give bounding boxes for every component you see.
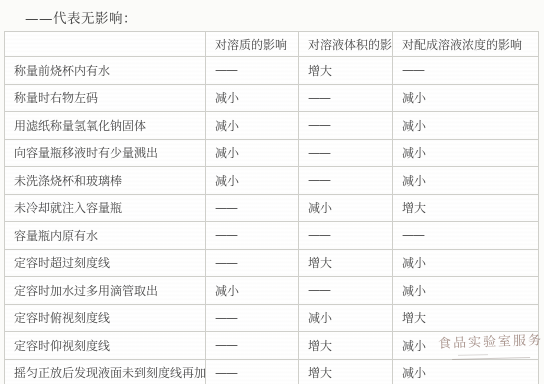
table-row: 摇匀正放后发现液面未到刻度线再加水——增大减小 (5, 359, 539, 384)
effect-value-solute: 减小 (206, 112, 299, 140)
table-row: 定容时俯视刻度线——减小增大 (5, 304, 539, 332)
effect-value-concentration: —— (393, 222, 539, 250)
effect-value-concentration: —— (393, 57, 539, 85)
column-header-volume: 对溶液体积的影响 (299, 32, 393, 57)
table-row: 定容时超过刻度线——增大减小 (5, 249, 539, 277)
header-row: 对溶质的影响 对溶液体积的影响 对配成溶液浓度的影响 (5, 32, 539, 57)
table-row: 称量时右物左码减小——减小 (5, 84, 539, 112)
table-row: 向容量瓶移液时有少量溅出减小——减小 (5, 139, 539, 167)
effect-value-volume: 减小 (299, 194, 393, 222)
effect-value-solute: —— (206, 304, 299, 332)
table-row: 用滤纸称量氢氧化钠固体减小——减小 (5, 112, 539, 140)
effect-value-volume: 减小 (299, 304, 393, 332)
effect-value-concentration: 增大 (393, 194, 539, 222)
effect-value-solute: 减小 (206, 139, 299, 167)
effect-value-solute: —— (206, 359, 299, 384)
effect-value-volume: —— (299, 167, 393, 195)
effect-value-volume: —— (299, 277, 393, 305)
effect-value-concentration: 减小 (393, 249, 539, 277)
effect-value-solute: 减小 (206, 84, 299, 112)
effect-value-volume: 增大 (299, 359, 393, 384)
row-label: 向容量瓶移液时有少量溅出 (5, 139, 206, 167)
effect-value-solute: —— (206, 57, 299, 85)
row-label: 称量前烧杯内有水 (5, 57, 206, 85)
row-label: 称量时右物左码 (5, 84, 206, 112)
effect-value-concentration: 减小 (393, 84, 539, 112)
row-label: 容量瓶内原有水 (5, 222, 206, 250)
effect-value-solute: 减小 (206, 277, 299, 305)
effect-value-concentration: 减小 (393, 277, 539, 305)
effect-value-volume: 增大 (299, 57, 393, 85)
effect-value-volume: —— (299, 222, 393, 250)
effect-value-solute: —— (206, 332, 299, 360)
effect-value-volume: —— (299, 84, 393, 112)
table-row: 定容时加水过多用滴管取出减小——减小 (5, 277, 539, 305)
effect-value-solute: —— (206, 194, 299, 222)
row-label: 未冷却就注入容量瓶 (5, 194, 206, 222)
effect-value-solute: 减小 (206, 167, 299, 195)
row-label: 定容时加水过多用滴管取出 (5, 277, 206, 305)
effect-value-concentration: 减小 (393, 359, 539, 384)
effect-value-volume: —— (299, 139, 393, 167)
page: ——代表无影响： 对溶质的影响 对溶液体积的影响 对配成溶液浓度的影响 称量前烧… (0, 0, 544, 384)
row-label: 定容时仰视刻度线 (5, 332, 206, 360)
effect-value-solute: —— (206, 222, 299, 250)
effect-value-volume: 增大 (299, 332, 393, 360)
effect-value-concentration: 减小 (393, 167, 539, 195)
column-header-concentration: 对配成溶液浓度的影响 (393, 32, 539, 57)
table-row: 容量瓶内原有水—————— (5, 222, 539, 250)
effect-value-concentration: 增大 (393, 304, 539, 332)
table-row: 未冷却就注入容量瓶——减小增大 (5, 194, 539, 222)
effect-value-solute: —— (206, 249, 299, 277)
column-header-empty (5, 32, 206, 57)
effect-value-concentration: 减小 (393, 139, 539, 167)
column-header-solute: 对溶质的影响 (206, 32, 299, 57)
effect-value-volume: —— (299, 112, 393, 140)
effects-table: 对溶质的影响 对溶液体积的影响 对配成溶液浓度的影响 称量前烧杯内有水——增大—… (4, 31, 539, 384)
table-row: 称量前烧杯内有水——增大—— (5, 57, 539, 85)
table-header: 对溶质的影响 对溶液体积的影响 对配成溶液浓度的影响 (5, 32, 539, 57)
legend-text: ——代表无影响： (25, 7, 137, 27)
row-label: 定容时超过刻度线 (5, 249, 206, 277)
row-label: 定容时俯视刻度线 (5, 304, 206, 332)
effect-value-concentration: 减小 (393, 112, 539, 140)
table-row: 未洗涤烧杯和玻璃棒减小——减小 (5, 167, 539, 195)
row-label: 用滤纸称量氢氧化钠固体 (5, 112, 206, 140)
row-label: 摇匀正放后发现液面未到刻度线再加水 (5, 359, 206, 384)
row-label: 未洗涤烧杯和玻璃棒 (5, 167, 206, 195)
effect-value-volume: 增大 (299, 249, 393, 277)
